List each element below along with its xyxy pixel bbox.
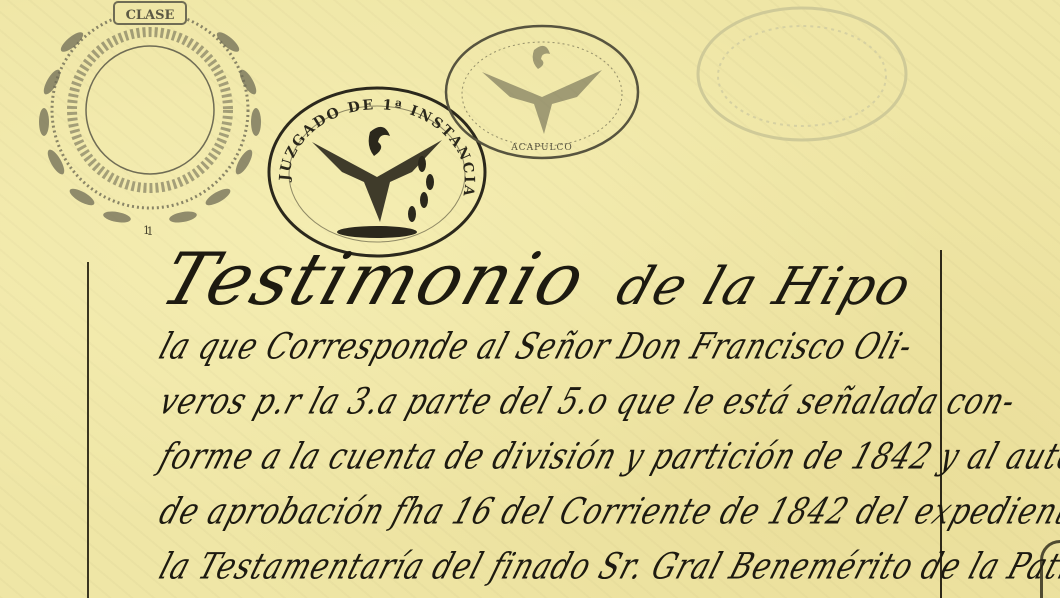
manuscript-line-5: la Testamentaría del finado Sr. Gral Ben… [150, 532, 962, 598]
svg-text:ACAPULCO: ACAPULCO [510, 143, 573, 153]
manuscript-text: Testimoniode la Hipo la que Corresponde … [150, 240, 940, 598]
wreath-seal-stamp: CLASE 1 [22, 0, 278, 242]
edge-flourish [1040, 540, 1060, 598]
title-continuation: de la Hipo [609, 257, 920, 317]
wreath-icon: CLASE 1 [22, 0, 278, 242]
faint-seal-icon [690, 2, 915, 147]
title-word: Testimonio [152, 237, 598, 321]
sheet-number: 1 [143, 224, 150, 237]
faint-seal-stamp [690, 2, 915, 147]
acapulco-seal-stamp: ACAPULCO [442, 22, 642, 162]
eagle-emblem-icon: ACAPULCO [442, 22, 642, 162]
left-margin-rule [87, 262, 89, 598]
svg-text:CLASE: CLASE [126, 8, 175, 23]
